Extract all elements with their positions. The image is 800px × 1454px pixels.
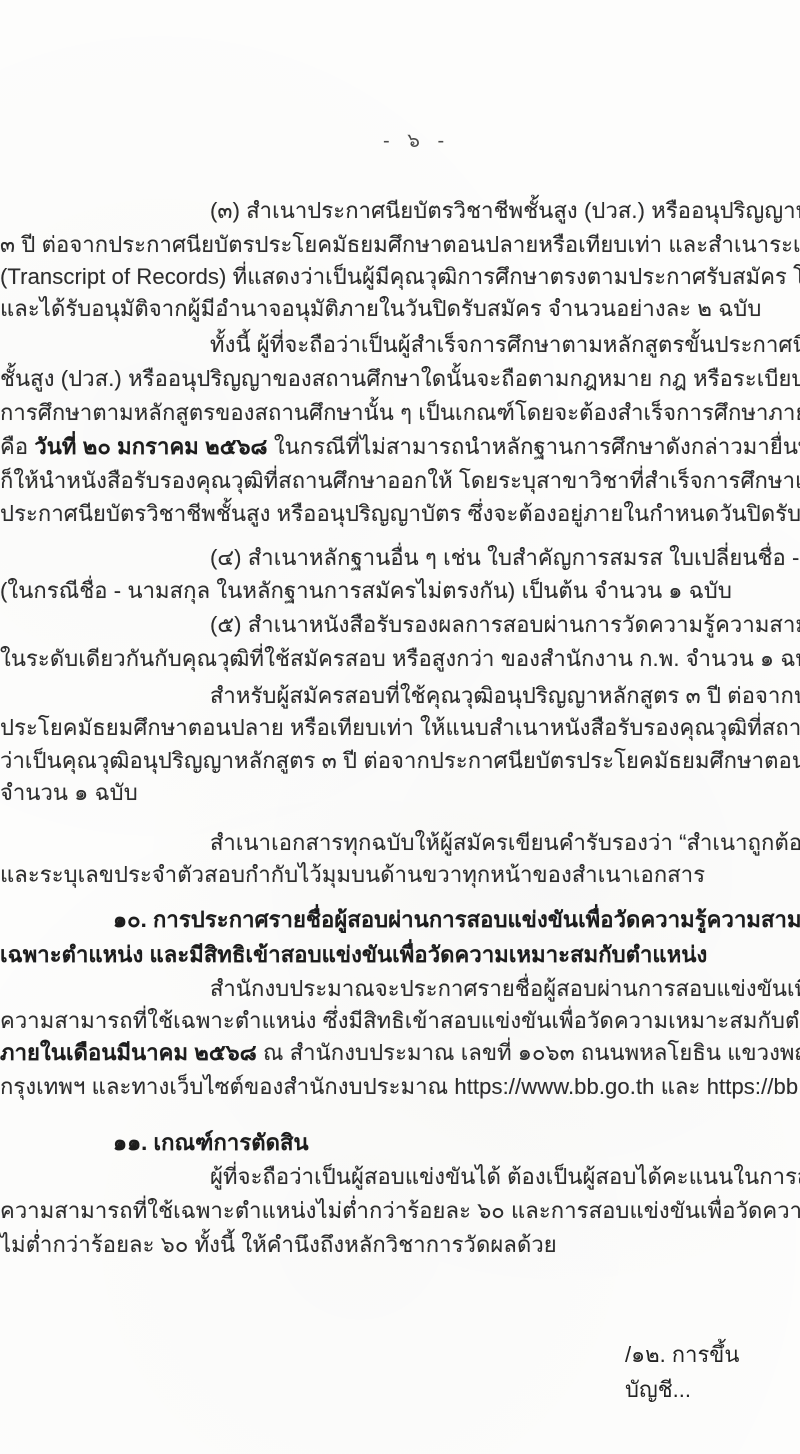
text-line: ความสามารถที่ใช้เฉพาะตำแหน่ง ซึ่งมีสิทธิ… <box>0 1006 800 1036</box>
announcement-month-bold: ภายในเดือนมีนาคม ๒๕๖๘ <box>0 1040 257 1065</box>
text-line: (Transcript of Records) ที่แสดงว่าเป็นผู… <box>0 262 800 292</box>
section-heading-11: ๑๑. เกณฑ์การตัดสิน <box>113 1128 309 1158</box>
text-line: และระบุเลขประจำตัวสอบกำกับไว้มุมบนด้านขว… <box>0 860 705 890</box>
text-line: ทั้งนี้ ผู้ที่จะถือว่าเป็นผู้สำเร็จการศึ… <box>210 330 800 360</box>
scanned-document-page: - ๖ - (๓) สำเนาประกาศนียบัตรวิชาชีพชั้นส… <box>0 0 800 1454</box>
text-line: สำนักงบประมาณจะประกาศรายชื่อผู้สอบผ่านกา… <box>210 974 800 1004</box>
text-line: ชั้นสูง (ปวส.) หรืออนุปริญญาของสถานศึกษา… <box>0 364 800 394</box>
text-line-with-urls: กรุงเทพฯ และทางเว็บไซต์ของสำนักงบประมาณ … <box>0 1072 800 1102</box>
continuation-footer: /๑๒. การขึ้นบัญชี... <box>625 1337 800 1407</box>
text-line: จำนวน ๑ ฉบับ <box>0 778 138 808</box>
deadline-date-bold: วันที่ ๒๐ มกราคม ๒๕๖๘ <box>34 434 267 459</box>
text-line: ภายในเดือนมีนาคม ๒๕๖๘ ณ สำนักงบประมาณ เล… <box>0 1038 800 1068</box>
text-line: คือ วันที่ ๒๐ มกราคม ๒๕๖๘ ในกรณีที่ไม่สา… <box>0 432 800 462</box>
text-segment: ณ สำนักงบประมาณ เลขที่ ๑๐๖๓ ถนนพหลโยธิน … <box>257 1040 800 1065</box>
text-line: (๔) สำเนาหลักฐานอื่น ๆ เช่น ใบสำคัญการสม… <box>210 543 800 573</box>
text-line: ๓ ปี ต่อจากประกาศนียบัตรประโยคมัธยมศึกษา… <box>0 230 800 260</box>
text-line: ประกาศนียบัตรวิชาชีพชั้นสูง หรืออนุปริญญ… <box>0 499 800 529</box>
text-line: สำหรับผู้สมัครสอบที่ใช้คุณวุฒิอนุปริญญาห… <box>210 681 800 711</box>
section-heading-10-cont: เฉพาะตำแหน่ง และมีสิทธิเข้าสอบแข่งขันเพื… <box>0 940 707 970</box>
text-segment: คือ <box>0 434 34 459</box>
text-segment: ในกรณีที่ไม่สามารถนำหลักฐานการศึกษาดังกล… <box>268 434 800 459</box>
text-line: ความสามารถที่ใช้เฉพาะตำแหน่งไม่ต่ำกว่าร้… <box>0 1196 800 1226</box>
text-line: การศึกษาตามหลักสูตรของสถานศึกษานั้น ๆ เป… <box>0 398 800 428</box>
text-line: ผู้ที่จะถือว่าเป็นผู้สอบแข่งขันได้ ต้องเ… <box>210 1162 800 1192</box>
text-line: (๕) สำเนาหนังสือรับรองผลการสอบผ่านการวัด… <box>210 610 800 640</box>
text-line: ก็ให้นำหนังสือรับรองคุณวุฒิที่สถานศึกษาอ… <box>0 466 800 496</box>
text-line: ในระดับเดียวกันกับคุณวุฒิที่ใช้สมัครสอบ … <box>0 644 800 674</box>
text-line: ประโยคมัธยมศึกษาตอนปลาย หรือเทียบเท่า ให… <box>0 713 800 743</box>
text-line: (๓) สำเนาประกาศนียบัตรวิชาชีพชั้นสูง (ปว… <box>210 196 800 226</box>
text-line: ไม่ต่ำกว่าร้อยละ ๖๐ ทั้งนี้ ให้คำนึงถึงห… <box>0 1230 557 1260</box>
text-line: และได้รับอนุมัติจากผู้มีอำนาจอนุมัติภายใ… <box>0 294 761 324</box>
text-line: สำเนาเอกสารทุกฉบับให้ผู้สมัครเขียนคำรับร… <box>210 828 800 858</box>
text-line: (ในกรณีชื่อ - นามสกุล ในหลักฐานการสมัครไ… <box>0 576 732 606</box>
section-heading-10: ๑๐. การประกาศรายชื่อผู้สอบผ่านการสอบแข่ง… <box>113 905 800 935</box>
page-number: - ๖ - <box>383 124 450 156</box>
text-line: ว่าเป็นคุณวุฒิอนุปริญญาหลักสูตร ๓ ปี ต่อ… <box>0 746 800 776</box>
